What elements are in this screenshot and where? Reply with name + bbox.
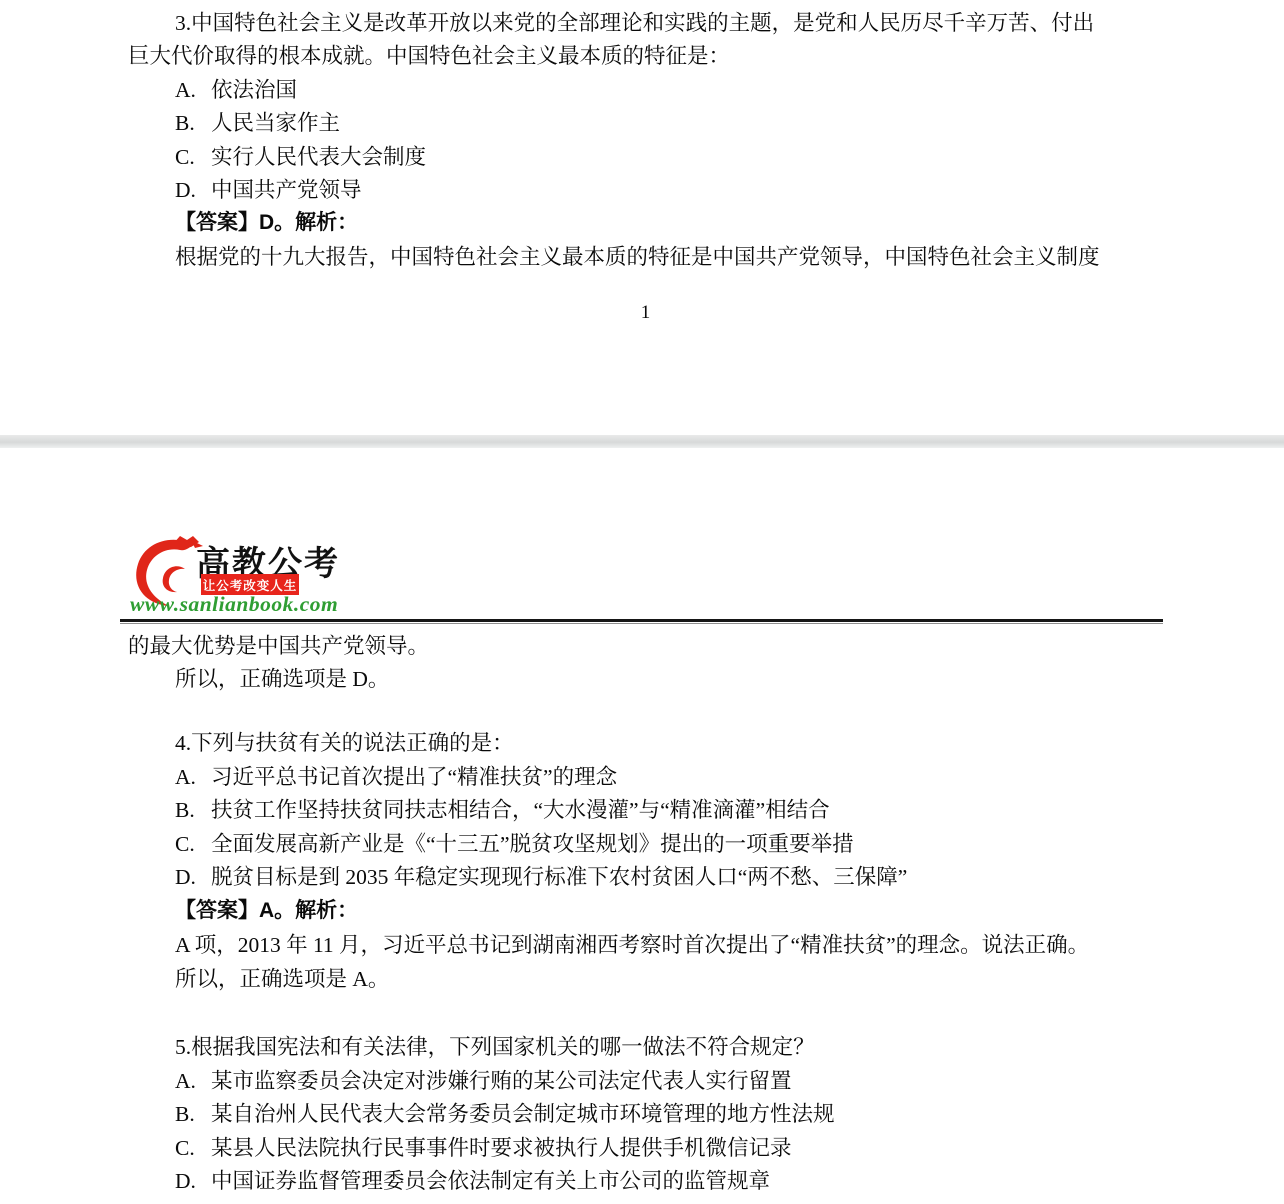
q3-option-c: C. 实行人民代表大会制度 (128, 144, 1220, 170)
q3-conclusion: 所以，正确选项是 D。 (128, 666, 1220, 692)
option-text: 中国共产党领导 (211, 177, 362, 203)
option-text: 某县人民法院执行民事事件时要求被执行人提供手机微信记录 (211, 1135, 792, 1161)
header-rule-shadow (120, 623, 1163, 624)
q4-explanation-line-2: 所以，正确选项是 A。 (128, 966, 1220, 992)
q3-option-d: D. 中国共产党领导 (128, 177, 1220, 203)
q4-explanation-line-1: A 项，2013 年 11 月，习近平总书记到湖南湘西考察时首次提出了“精准扶贫… (128, 932, 1220, 958)
q3-option-b: B. 人民当家作主 (128, 110, 1220, 136)
page-separator (0, 435, 1284, 448)
question-4-line: 4.下列与扶贫有关的说法正确的是： (128, 730, 1220, 756)
option-letter: A. (175, 764, 211, 790)
option-letter: A. (175, 77, 211, 103)
option-letter: D. (175, 864, 211, 890)
option-letter: B. (175, 797, 211, 823)
q3-answer-header: 【答案】D。解析： (128, 210, 1220, 236)
q5-option-d: D. 中国证券监督管理委员会依法制定有关上市公司的监管规章 (128, 1168, 1220, 1194)
pdf-document-view: 3.中国特色社会主义是改革开放以来党的全部理论和实践的主题，是党和人民历尽千辛万… (0, 0, 1284, 1204)
option-letter: C. (175, 1135, 211, 1161)
page-number: 1 (128, 302, 1163, 324)
q4-option-a: A. 习近平总书记首次提出了“精准扶贫”的理念 (128, 764, 1220, 790)
q4-option-c: C. 全面发展高新产业是《“十三五”脱贫攻坚规划》提出的一项重要举措 (128, 831, 1220, 857)
option-text: 全面发展高新产业是《“十三五”脱贫攻坚规划》提出的一项重要举措 (211, 831, 854, 857)
logo-url: www.sanlianbook.com (130, 592, 338, 617)
option-letter: D. (175, 177, 211, 203)
option-letter: C. (175, 831, 211, 857)
option-letter: C. (175, 144, 211, 170)
option-letter: D. (175, 1168, 211, 1194)
q5-option-b: B. 某自治州人民代表大会常务委员会制定城市环境管理的地方性法规 (128, 1101, 1220, 1127)
q3-option-a: A. 依法治国 (128, 77, 1220, 103)
question-5-line: 5.根据我国宪法和有关法律，下列国家机关的哪一做法不符合规定？ (128, 1034, 1220, 1060)
question-3-line-1: 3.中国特色社会主义是改革开放以来党的全部理论和实践的主题，是党和人民历尽千辛万… (128, 10, 1220, 36)
option-text: 依法治国 (211, 77, 297, 103)
question-3-line-2: 巨大代价取得的根本成就。中国特色社会主义最本质的特征是： (128, 43, 1173, 69)
option-text: 扶贫工作坚持扶贫同扶志相结合，“大水漫灌”与“精准滴灌”相结合 (211, 797, 830, 823)
option-letter: B. (175, 1101, 211, 1127)
option-text: 习近平总书记首次提出了“精准扶贫”的理念 (211, 764, 617, 790)
q3-explanation-carryover: 的最大优势是中国共产党领导。 (128, 633, 1173, 659)
option-text: 中国证券监督管理委员会依法制定有关上市公司的监管规章 (211, 1168, 770, 1194)
q5-option-a: A. 某市监察委员会决定对涉嫌行贿的某公司法定代表人实行留置 (128, 1068, 1220, 1094)
q4-option-d: D. 脱贫目标是到 2035 年稳定实现现行标准下农村贫困人口“两不愁、三保障” (128, 864, 1220, 890)
q4-option-b: B. 扶贫工作坚持扶贫同扶志相结合，“大水漫灌”与“精准滴灌”相结合 (128, 797, 1220, 823)
option-letter: A. (175, 1068, 211, 1094)
q5-option-c: C. 某县人民法院执行民事事件时要求被执行人提供手机微信记录 (128, 1135, 1220, 1161)
option-letter: B. (175, 110, 211, 136)
option-text: 实行人民代表大会制度 (211, 144, 426, 170)
q4-answer-header: 【答案】A。解析： (128, 898, 1220, 924)
option-text: 某市监察委员会决定对涉嫌行贿的某公司法定代表人实行留置 (211, 1068, 792, 1094)
header-rule (120, 619, 1163, 622)
option-text: 人民当家作主 (211, 110, 340, 136)
option-text: 脱贫目标是到 2035 年稳定实现现行标准下农村贫困人口“两不愁、三保障” (211, 864, 907, 890)
option-text: 某自治州人民代表大会常务委员会制定城市环境管理的地方性法规 (211, 1101, 835, 1127)
q3-explanation-line: 根据党的十九大报告，中国特色社会主义最本质的特征是中国共产党领导，中国特色社会主… (128, 244, 1220, 270)
